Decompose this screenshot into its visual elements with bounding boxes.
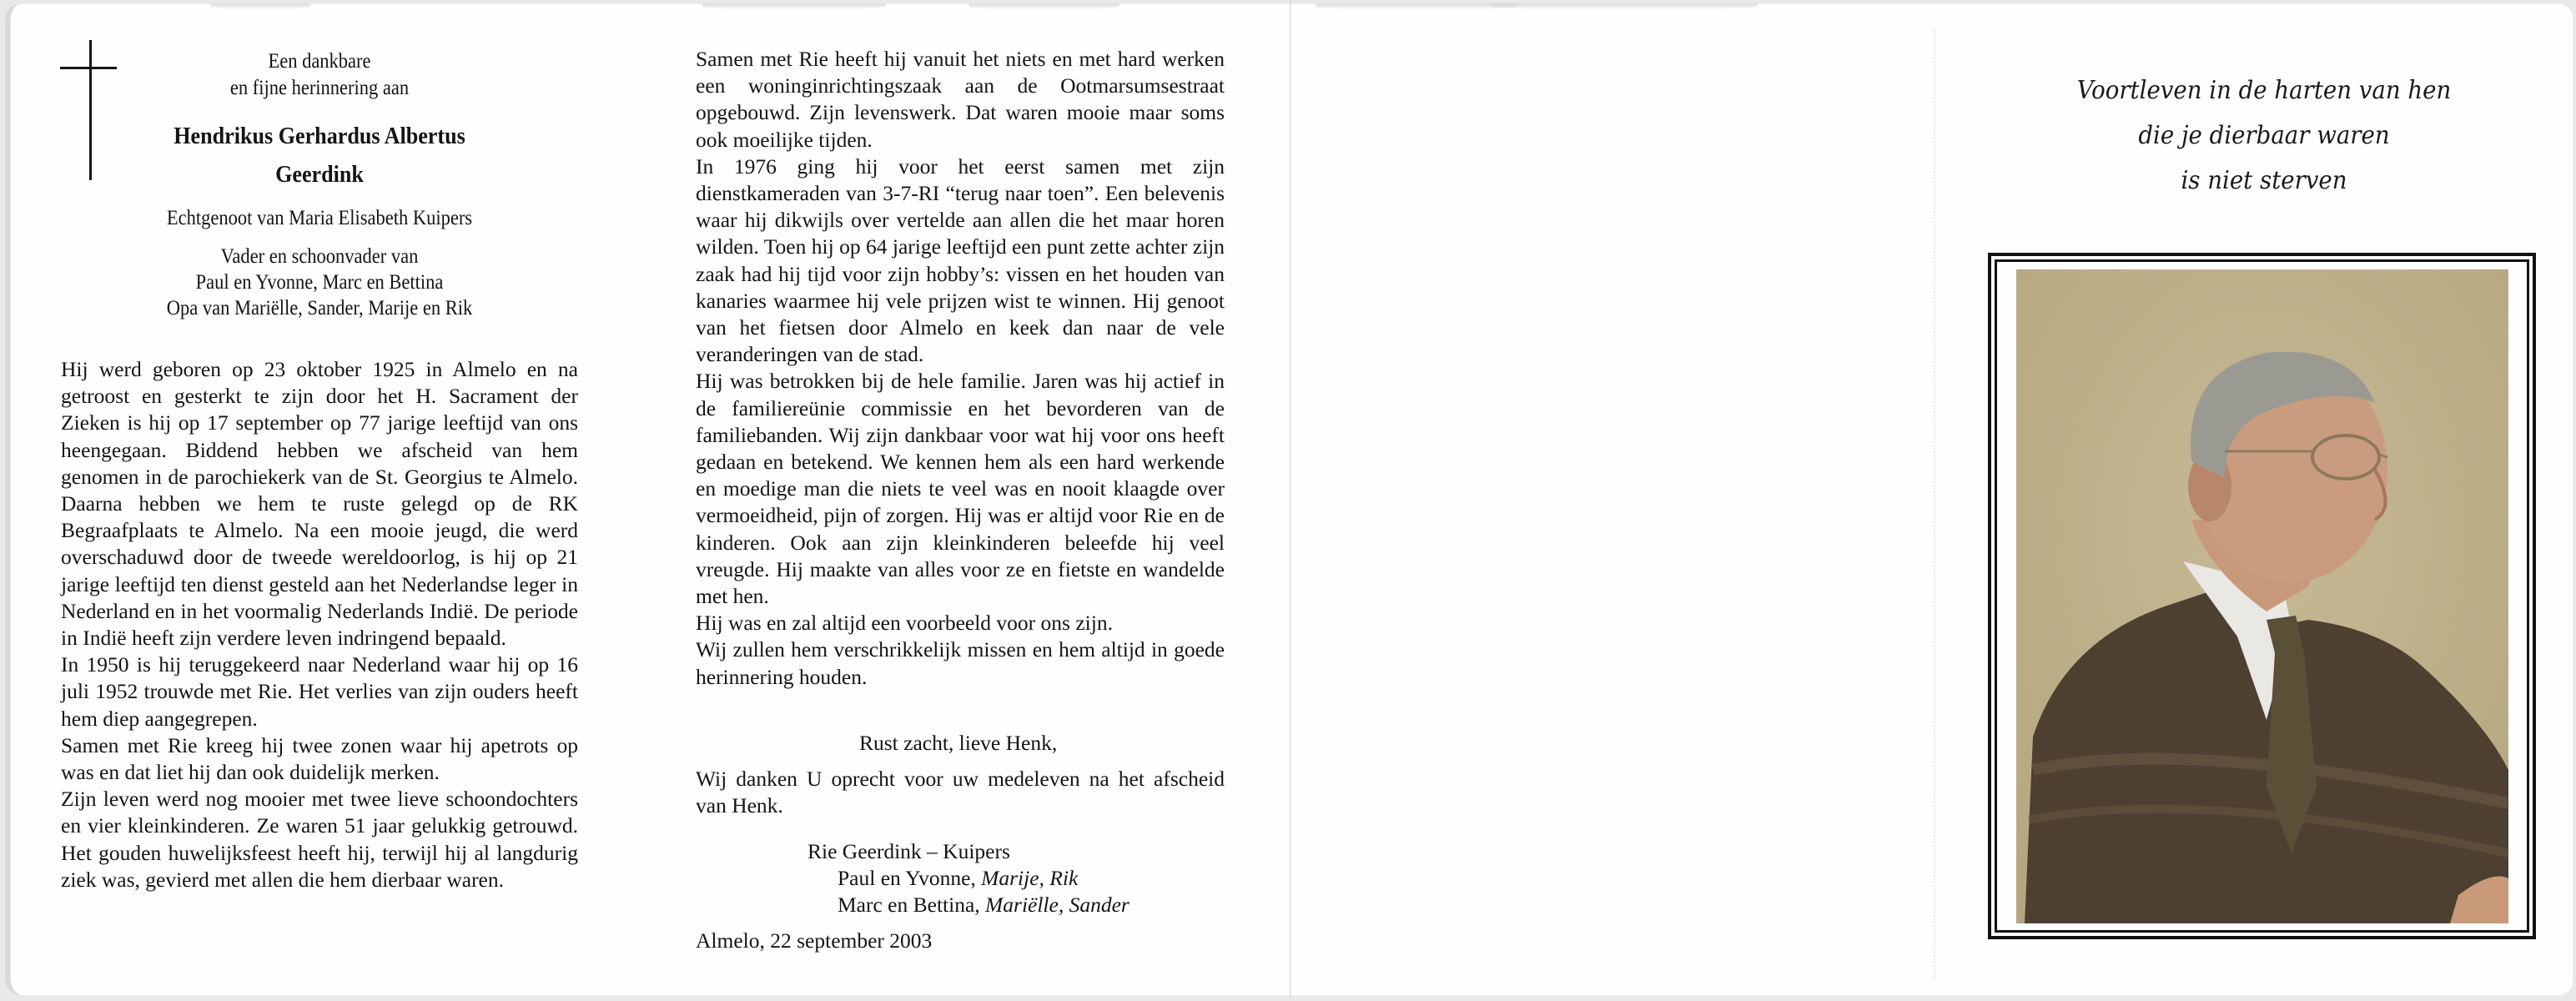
signature-widow: Rie Geerdink – Kuipers: [808, 838, 1010, 865]
couple-names: Marc en Bettina,: [838, 893, 985, 917]
thanks-line: Wij danken U oprecht voor uw medeleven n…: [696, 766, 1225, 819]
fold-line: [1934, 28, 1935, 979]
spouse-line: Echtgenoot van Maria Elisabeth Kuipers: [87, 205, 552, 232]
poem-line: die je dierbaar waren: [1977, 113, 2551, 158]
biography-paragraph: Zijn leven werd nog mooier met twee liev…: [61, 786, 578, 893]
couple-names: Paul en Yvonne,: [838, 866, 981, 890]
biography-paragraph: In 1976 ging hij voor het eerst samen me…: [696, 153, 1225, 369]
poem-line: is niet sterven: [1977, 158, 2551, 204]
name-line: Hendrikus Gerhardus Albertus: [87, 117, 552, 155]
biography-column-1: Hij werd geboren op 23 oktober 1925 in A…: [61, 356, 578, 893]
biography-paragraph: Samen met Rie kreeg hij twee zonen waar …: [61, 732, 578, 786]
paper-scuff: [1316, 3, 1516, 10]
paper-scuff: [969, 3, 1119, 10]
family-line: Vader en schoonvader van: [87, 244, 552, 269]
family-line: Opa van Mariëlle, Sander, Marije en Rik: [87, 295, 552, 321]
family-lines: Vader en schoonvader van Paul en Yvonne,…: [87, 244, 552, 321]
children-names: Marije, Rik: [981, 866, 1078, 890]
biography-paragraph: Hij werd geboren op 23 oktober 1925 in A…: [61, 356, 578, 651]
name-line: Geerdink: [87, 155, 552, 194]
portrait-photo: [2016, 269, 2508, 923]
deceased-name: Hendrikus Gerhardus Albertus Geerdink: [87, 117, 552, 194]
biography-paragraph: Hij was en zal altijd een voorbeeld voor…: [696, 610, 1225, 636]
children-names: Mariëlle, Sander: [985, 893, 1130, 917]
farewell-line: Rust zacht, lieve Henk,: [859, 730, 1057, 757]
biography-paragraph: In 1950 is hij teruggekeerd naar Nederla…: [61, 651, 578, 732]
biography-paragraph: Wij zullen hem verschrikkelijk missen en…: [696, 636, 1225, 690]
family-line: Paul en Yvonne, Marc en Bettina: [87, 269, 552, 295]
paper-scuff: [210, 3, 310, 10]
biography-paragraph: Hij was betrokken bij de hele familie. J…: [696, 368, 1225, 610]
paper-scuff: [702, 3, 886, 10]
memorial-poem: Voortleven in de harten van hen die je d…: [1952, 68, 2576, 204]
biography-paragraph: Samen met Rie heeft hij vanuit het niets…: [696, 46, 1225, 153]
intro-heading: Een dankbare en fijne herinnering aan: [87, 48, 552, 102]
intro-line: en fijne herinnering aan: [87, 75, 552, 102]
signature-family-2: Marc en Bettina, Mariëlle, Sander: [838, 892, 1130, 918]
paper-scuff: [1491, 3, 1758, 10]
poem-line: Voortleven in de harten van hen: [1977, 68, 2551, 113]
portrait-image: [2016, 269, 2508, 923]
biography-column-2: Samen met Rie heeft hij vanuit het niets…: [696, 46, 1225, 691]
place-date: Almelo, 22 september 2003: [696, 928, 932, 954]
intro-line: Een dankbare: [87, 48, 552, 75]
signature-family-1: Paul en Yvonne, Marije, Rik: [838, 865, 1078, 892]
